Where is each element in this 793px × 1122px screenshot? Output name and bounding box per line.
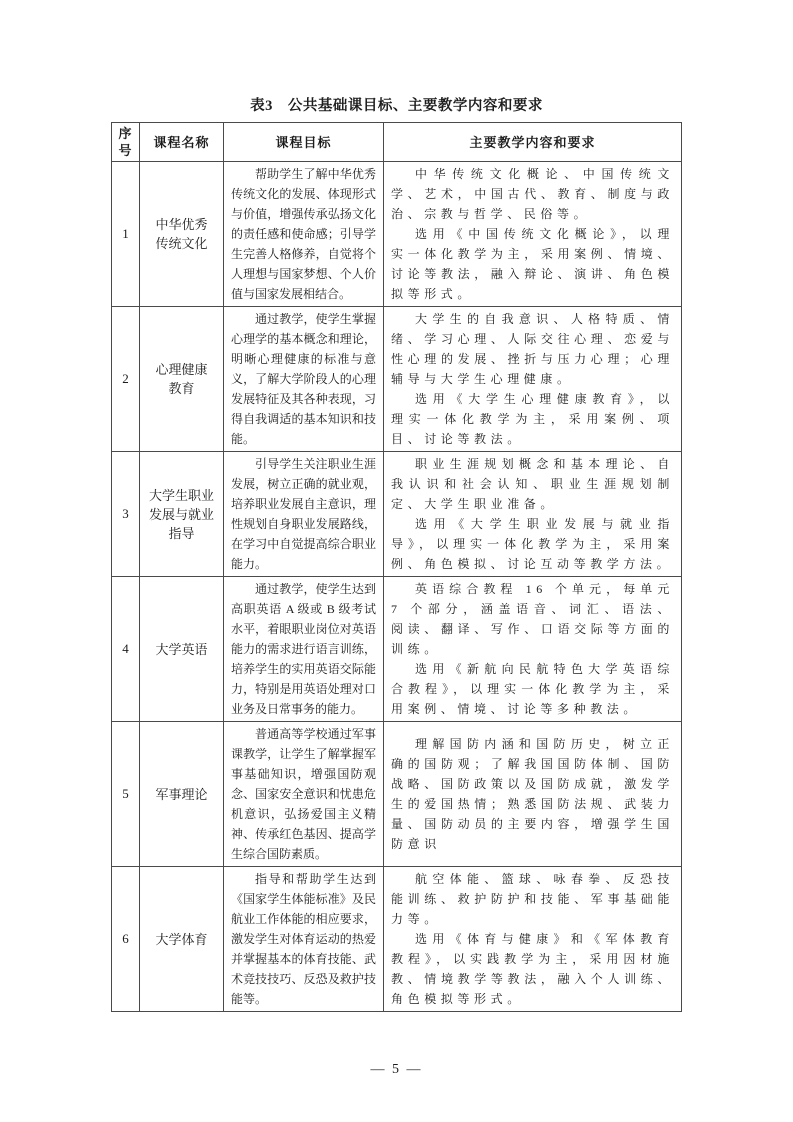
content-paragraph: 选用《体育与健康》和《军体教育教程》，以实践教学为主，采用因材施教、情境教学等教…	[391, 929, 674, 1009]
course-objective-cell: 通过教学，使学生掌握心理学的基本概念和理论，明晰心理健康的标准与意义，了解大学阶…	[224, 307, 384, 452]
course-name: 大学英语	[140, 577, 224, 722]
course-objective-cell: 指导和帮助学生达到《国家学生体能标准》及民航业工作体能的相应要求，激发学生对体育…	[224, 867, 384, 1012]
course-name: 大学生职业 发展与就业 指导	[140, 452, 224, 577]
content-paragraph: 选用《大学生心理健康教育》，以理实一体化教学为主，采用案例、项目、讨论等教法。	[391, 389, 674, 449]
teaching-content-cell: 中华传统文化概论、中国传统文学、艺术，中国古代、教育、制度与政治、宗教与哲学、民…	[384, 162, 682, 307]
row-serial-number: 4	[112, 577, 140, 722]
objective-paragraph: 通过教学，使学生掌握心理学的基本概念和理论，明晰心理健康的标准与意义，了解大学阶…	[231, 309, 376, 449]
table-header: 序号 课程名称 课程目标 主要教学内容和要求	[112, 123, 682, 162]
course-name: 大学体育	[140, 867, 224, 1012]
row-serial-number: 3	[112, 452, 140, 577]
objective-paragraph: 普通高等学校通过军事课教学，让学生了解掌握军事基础知识，增强国防观念、国家安全意…	[231, 724, 376, 864]
objective-paragraph: 通过教学，使学生达到高职英语 A 级或 B 级考试水平，着眼职业岗位对英语能力的…	[231, 579, 376, 719]
document-page: 表3 公共基础课目标、主要教学内容和要求 序号 课程名称 课程目标 主要教学内容…	[0, 0, 793, 1122]
content-paragraph: 航空体能、篮球、咏春拳、反恐技能训练、救护防护和技能、军事基础能力等。	[391, 869, 674, 929]
course-objective-cell: 通过教学，使学生达到高职英语 A 级或 B 级考试水平，着眼职业岗位对英语能力的…	[224, 577, 384, 722]
table-body: 1中华优秀 传统文化帮助学生了解中华优秀传统文化的发展、体现形式与价值，增强传承…	[112, 162, 682, 1012]
content-paragraph: 英语综合教程 16 个单元，每单元 7 个部分，涵盖语音、词汇、语法、阅读、翻译…	[391, 579, 674, 659]
objective-paragraph: 指导和帮助学生达到《国家学生体能标准》及民航业工作体能的相应要求，激发学生对体育…	[231, 869, 376, 1009]
course-objective-cell: 普通高等学校通过军事课教学，让学生了解掌握军事基础知识，增强国防观念、国家安全意…	[224, 722, 384, 867]
table-row: 2心理健康 教育通过教学，使学生掌握心理学的基本概念和理论，明晰心理健康的标准与…	[112, 307, 682, 452]
course-table: 序号 课程名称 课程目标 主要教学内容和要求 1中华优秀 传统文化帮助学生了解中…	[111, 122, 682, 1012]
header-row: 序号 课程名称 课程目标 主要教学内容和要求	[112, 123, 682, 162]
course-name: 心理健康 教育	[140, 307, 224, 452]
header-course-objective: 课程目标	[224, 123, 384, 162]
content-paragraph: 大学生的自我意识、人格特质、情绪、学习心理、人际交往心理、恋爱与性心理的发展、挫…	[391, 309, 674, 389]
teaching-content-cell: 航空体能、篮球、咏春拳、反恐技能训练、救护防护和技能、军事基础能力等。选用《体育…	[384, 867, 682, 1012]
content-paragraph: 选用《大学生职业发展与就业指导》，以理实一体化教学为主，采用案例、角色模拟、讨论…	[391, 514, 674, 574]
course-objective-cell: 帮助学生了解中华优秀传统文化的发展、体现形式与价值，增强传承弘扬文化的责任感和使…	[224, 162, 384, 307]
course-name: 军事理论	[140, 722, 224, 867]
table-title: 表3 公共基础课目标、主要教学内容和要求	[0, 94, 793, 115]
content-paragraph: 中华传统文化概论、中国传统文学、艺术，中国古代、教育、制度与政治、宗教与哲学、民…	[391, 164, 674, 224]
course-name: 中华优秀 传统文化	[140, 162, 224, 307]
table-row: 6大学体育指导和帮助学生达到《国家学生体能标准》及民航业工作体能的相应要求，激发…	[112, 867, 682, 1012]
objective-paragraph: 引导学生关注职业生涯发展，树立正确的就业观，培养职业发展自主意识，理性规划自身职…	[231, 454, 376, 574]
row-serial-number: 5	[112, 722, 140, 867]
teaching-content-cell: 职业生涯规划概念和基本理论、自我认识和社会认知、职业生涯规划制定、大学生职业准备…	[384, 452, 682, 577]
content-paragraph: 职业生涯规划概念和基本理论、自我认识和社会认知、职业生涯规划制定、大学生职业准备…	[391, 454, 674, 514]
objective-paragraph: 帮助学生了解中华优秀传统文化的发展、体现形式与价值，增强传承弘扬文化的责任感和使…	[231, 164, 376, 304]
teaching-content-cell: 英语综合教程 16 个单元，每单元 7 个部分，涵盖语音、词汇、语法、阅读、翻译…	[384, 577, 682, 722]
table-row: 1中华优秀 传统文化帮助学生了解中华优秀传统文化的发展、体现形式与价值，增强传承…	[112, 162, 682, 307]
header-teaching-content: 主要教学内容和要求	[384, 123, 682, 162]
row-serial-number: 2	[112, 307, 140, 452]
header-serial-number: 序号	[112, 123, 140, 162]
header-course-name: 课程名称	[140, 123, 224, 162]
table-row: 3大学生职业 发展与就业 指导引导学生关注职业生涯发展，树立正确的就业观，培养职…	[112, 452, 682, 577]
table-row: 4大学英语通过教学，使学生达到高职英语 A 级或 B 级考试水平，着眼职业岗位对…	[112, 577, 682, 722]
course-objective-cell: 引导学生关注职业生涯发展，树立正确的就业观，培养职业发展自主意识，理性规划自身职…	[224, 452, 384, 577]
content-paragraph: 选用《新航向民航特色大学英语综合教程》，以理实一体化教学为主，采用案例、情境、讨…	[391, 659, 674, 719]
page-number: — 5 —	[0, 1062, 793, 1078]
row-serial-number: 6	[112, 867, 140, 1012]
content-paragraph: 选用《中国传统文化概论》，以理实一体化教学为主，采用案例、情境、讨论等教法，融入…	[391, 224, 674, 304]
row-serial-number: 1	[112, 162, 140, 307]
teaching-content-cell: 理解国防内涵和国防历史，树立正确的国防观；了解我国国防体制、国防战略、国防政策以…	[384, 722, 682, 867]
table-row: 5军事理论普通高等学校通过军事课教学，让学生了解掌握军事基础知识，增强国防观念、…	[112, 722, 682, 867]
content-paragraph: 理解国防内涵和国防历史，树立正确的国防观；了解我国国防体制、国防战略、国防政策以…	[391, 734, 674, 854]
teaching-content-cell: 大学生的自我意识、人格特质、情绪、学习心理、人际交往心理、恋爱与性心理的发展、挫…	[384, 307, 682, 452]
